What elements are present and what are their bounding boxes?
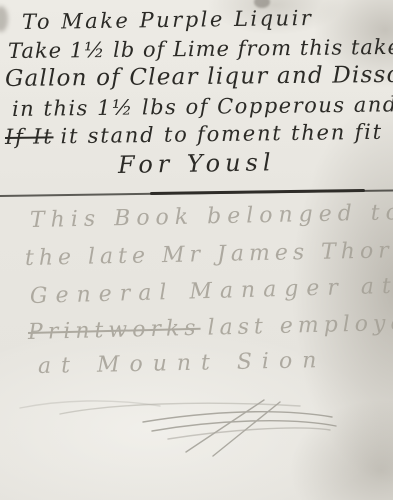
pencil-line-text: at Mount Sion <box>38 348 327 379</box>
ink-line: in this 1½ lbs of Copperous and let <box>12 92 393 121</box>
pencil-line: General Manager at <box>30 274 393 309</box>
ink-line: Gallon of Clear liqur and Dissolve <box>5 61 393 92</box>
ink-rule-line-heavy <box>150 189 365 195</box>
struck-text: If It <box>5 124 54 149</box>
handwritten-page-photo: To Make Purple Liquir Take 1½ lb of Lime… <box>0 0 393 500</box>
ink-line-text: in this 1½ lbs of Copperous and let <box>12 92 393 121</box>
pencil-line: Printworkslast employed <box>28 310 393 345</box>
ink-line-title: To Make Purple Liquir <box>22 6 314 34</box>
ink-line: Take 1½ lb of Lime from this take one <box>8 34 393 63</box>
ink-line-text: Take 1½ lb of Lime from this take one <box>8 34 393 63</box>
pencil-line-text: General Manager at <box>30 274 393 309</box>
ink-line-text: Gallon of Clear liqur and Dissolve <box>5 61 393 92</box>
ink-line-text: it stand to foment then fit <box>60 120 383 149</box>
ink-line: If Itit stand to foment then fit <box>5 120 383 149</box>
ink-line-text: For Yousl <box>118 148 276 179</box>
pencil-line-text: last employed <box>207 310 393 340</box>
pencil-line-text: This Book belonged to <box>30 200 393 233</box>
paper-stain <box>0 6 8 32</box>
pencil-line: at Mount Sion <box>38 348 327 379</box>
pencil-line: This Book belonged to <box>30 200 393 233</box>
ink-line-text: To Make Purple Liquir <box>22 6 314 34</box>
pencil-line: the late Mr James Thorp <box>25 238 393 271</box>
struck-text: Printworks <box>28 316 201 345</box>
pencil-line-text: the late Mr James Thorp <box>25 238 393 271</box>
ink-line-signoff: For Yousl <box>118 148 276 179</box>
